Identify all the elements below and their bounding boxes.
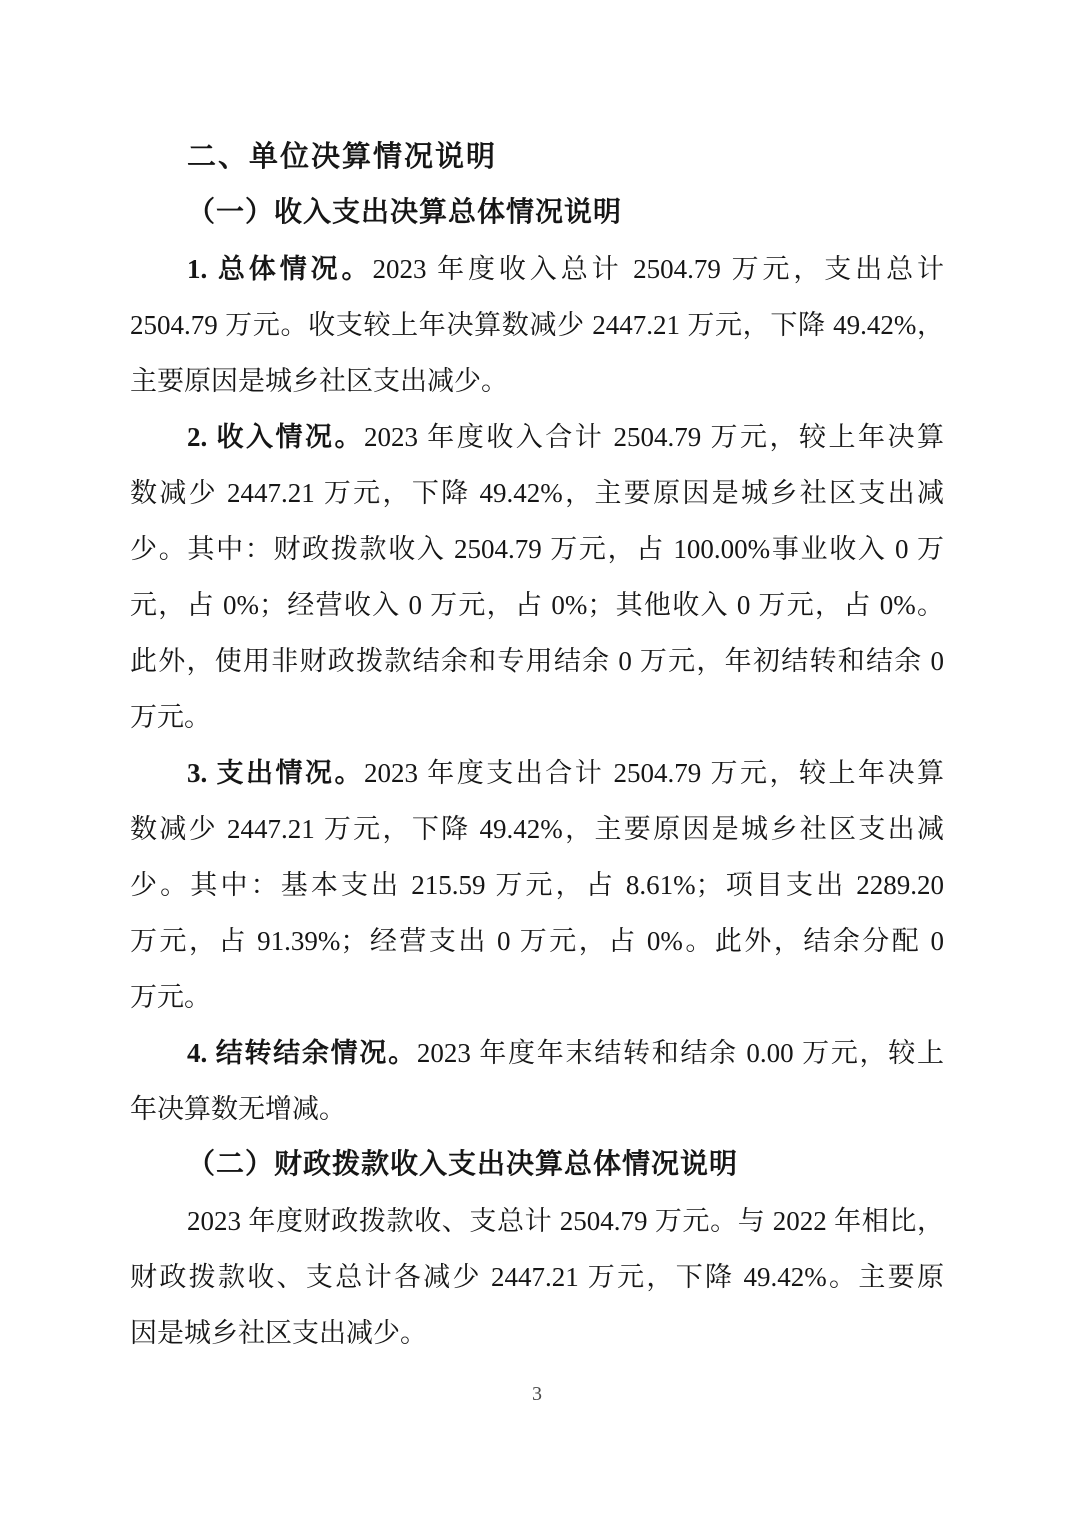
paragraph-lead: 1. 总体情况。 [187,254,372,284]
doc-line: 2504.79 万元。收支较上年决算数减少 2447.21 万元，下降 49.4… [130,297,944,353]
doc-line: 因是城乡社区支出减少。 [130,1305,944,1361]
doc-line: 数减少 2447.21 万元，下降 49.42%，主要原因是城乡社区支出减 [130,465,944,521]
doc-line: 少。其中：财政拨款收入 2504.79 万元，占 100.00%事业收入 0 万 [130,521,944,577]
paragraph-lead: 4. 结转结余情况。 [187,1038,417,1068]
doc-line: 主要原因是城乡社区支出减少。 [130,353,944,409]
line-text: 因是城乡社区支出减少。 [130,1318,427,1348]
line-text: 2023 年度收入总计 2504.79 万元，支出总计 [372,254,944,284]
doc-line: 万元。 [130,689,944,745]
doc-line: 数减少 2447.21 万元，下降 49.42%，主要原因是城乡社区支出减 [130,801,944,857]
section-heading: 二、单位决算情况说明 [130,129,944,185]
doc-line: 3. 支出情况。2023 年度支出合计 2504.79 万元，较上年决算 [130,745,944,801]
doc-line: 2023 年度财政拨款收、支总计 2504.79 万元。与 2022 年相比， [130,1193,944,1249]
document-body: 二、单位决算情况说明 （一）收入支出决算总体情况说明 1. 总体情况。2023 … [130,129,944,1361]
doc-line: 2. 收入情况。2023 年度收入合计 2504.79 万元，较上年决算 [130,409,944,465]
line-text: 元，占 0%；经营收入 0 万元，占 0%；其他收入 0 万元，占 0%。 [130,590,944,620]
line-text: 数减少 2447.21 万元，下降 49.42%，主要原因是城乡社区支出减 [130,814,944,844]
line-text: 2023 年度年末结转和结余 0.00 万元，较上 [417,1038,944,1068]
document-page: 二、单位决算情况说明 （一）收入支出决算总体情况说明 1. 总体情况。2023 … [0,0,1074,1520]
line-text: 2023 年度支出合计 2504.79 万元，较上年决算 [364,758,944,788]
line-text: 2023 年度收入合计 2504.79 万元，较上年决算 [364,422,944,452]
doc-line: 1. 总体情况。2023 年度收入总计 2504.79 万元，支出总计 [130,241,944,297]
doc-line: 年决算数无增减。 [130,1081,944,1137]
doc-line: 4. 结转结余情况。2023 年度年末结转和结余 0.00 万元，较上 [130,1025,944,1081]
doc-line: 财政拨款收、支总计各减少 2447.21 万元，下降 49.42%。主要原 [130,1249,944,1305]
doc-line: 少。其中：基本支出 215.59 万元，占 8.61%；项目支出 2289.20 [130,857,944,913]
paragraph-lead: 3. 支出情况。 [187,758,364,788]
line-text: 少。其中：基本支出 215.59 万元，占 8.61%；项目支出 2289.20 [130,870,944,900]
section-heading-text: 二、单位决算情况说明 [187,141,497,173]
doc-line: 万元。 [130,969,944,1025]
paragraph-lead: 2. 收入情况。 [187,422,364,452]
line-text: 万元。 [130,982,211,1012]
line-text: 数减少 2447.21 万元，下降 49.42%，主要原因是城乡社区支出减 [130,478,944,508]
line-text: 万元，占 91.39%；经营支出 0 万元，占 0%。此外，结余分配 0 [130,926,944,956]
line-text: 财政拨款收、支总计各减少 2447.21 万元，下降 49.42%。主要原 [130,1262,944,1292]
subsection-heading-2: （二）财政拨款收入支出决算总体情况说明 [130,1137,944,1193]
doc-line: 万元，占 91.39%；经营支出 0 万元，占 0%。此外，结余分配 0 [130,913,944,969]
line-text: 主要原因是城乡社区支出减少。 [130,366,508,396]
line-text: 2504.79 万元。收支较上年决算数减少 2447.21 万元，下降 49.4… [130,310,944,340]
page-number: 3 [0,1372,1074,1416]
doc-line: 此外，使用非财政拨款结余和专用结余 0 万元，年初结转和结余 0 [130,633,944,689]
line-text: 此外，使用非财政拨款结余和专用结余 0 万元，年初结转和结余 0 [130,646,944,676]
line-text: 少。其中：财政拨款收入 2504.79 万元，占 100.00%事业收入 0 万 [130,534,944,564]
doc-line: 元，占 0%；经营收入 0 万元，占 0%；其他收入 0 万元，占 0%。 [130,577,944,633]
subsection-heading-text: （一）收入支出决算总体情况说明 [187,197,622,228]
line-text: 2023 年度财政拨款收、支总计 2504.79 万元。与 2022 年相比， [187,1206,944,1236]
line-text: 万元。 [130,702,211,732]
subsection-heading-1: （一）收入支出决算总体情况说明 [130,185,944,241]
line-text: 年决算数无增减。 [130,1094,346,1124]
subsection-heading-text: （二）财政拨款收入支出决算总体情况说明 [187,1149,738,1180]
